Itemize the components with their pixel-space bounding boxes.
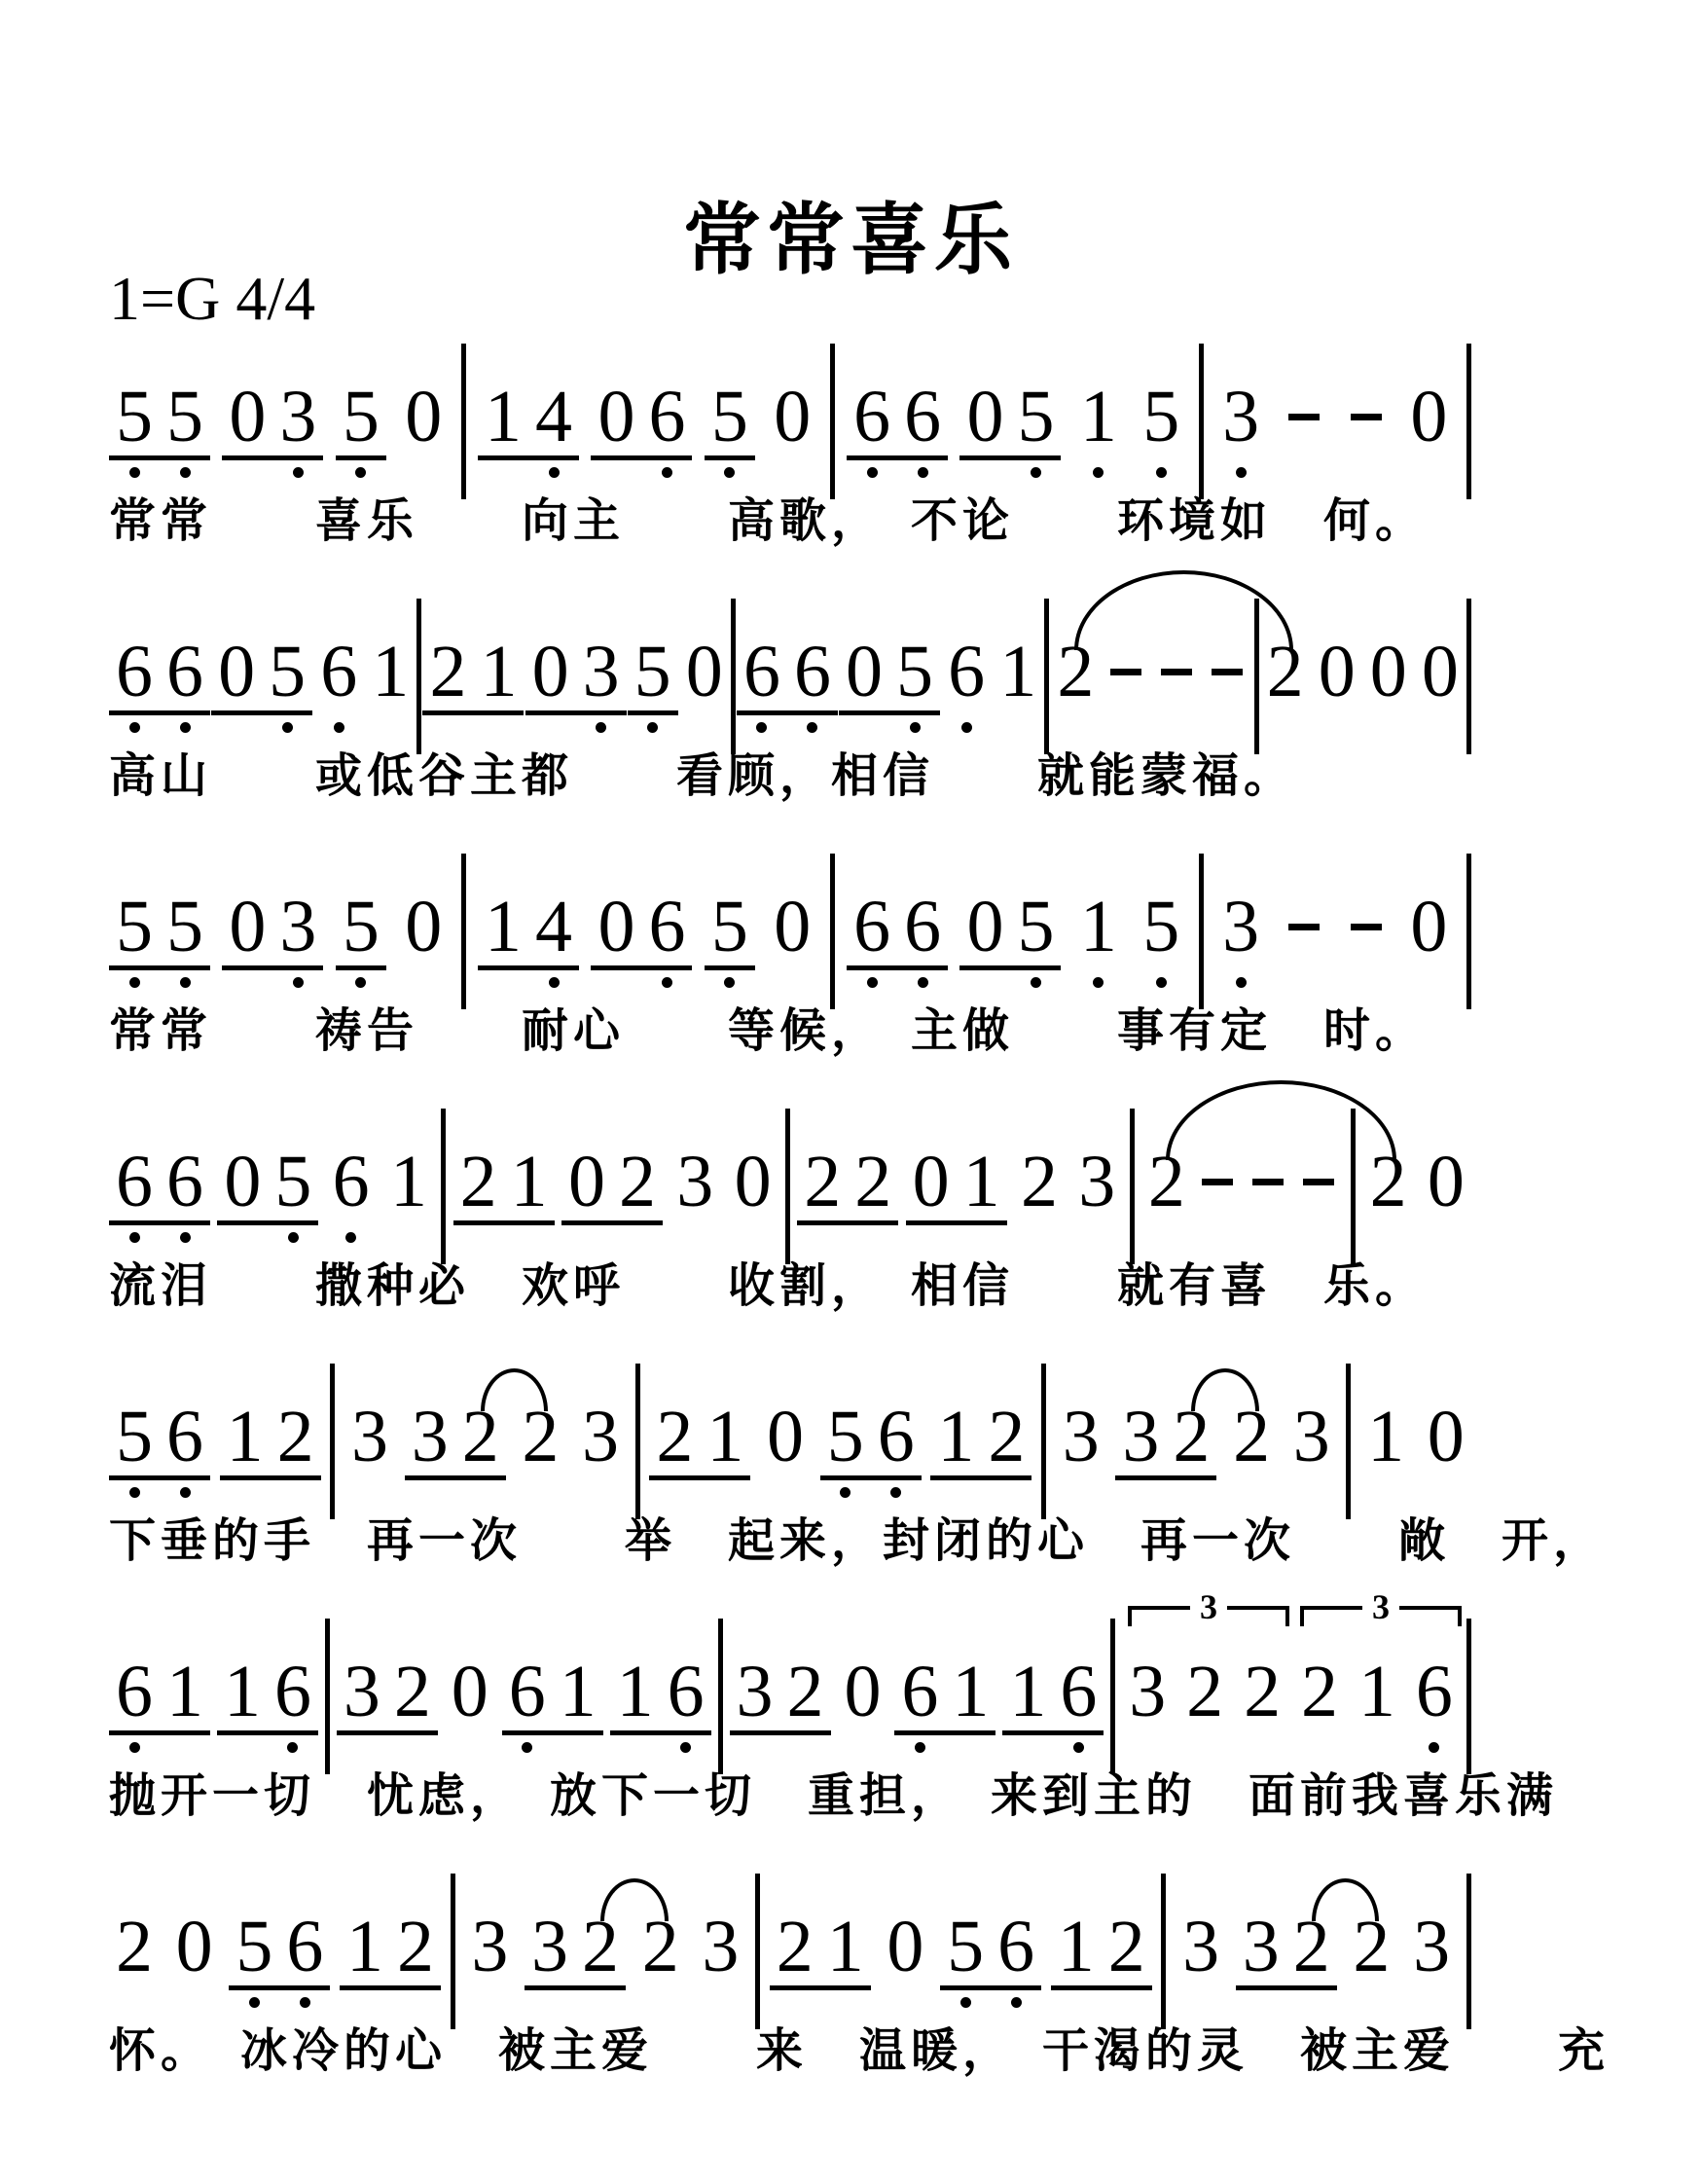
octave-dot-cell [957,1225,1007,1245]
octave-dots-row [730,1735,831,1755]
note-group: 6 [313,633,364,735]
note-group: 0 [1363,633,1414,735]
note-number: 0 [217,1143,268,1220]
note-group: 3 [1176,1908,1226,2010]
note-group: 32 [405,1398,506,1500]
music-system: 55035014065066051530常常 祷告 耐心 等候， 主做 事有定 … [109,888,1471,1064]
notation-line: 660561210230220123220 [109,1143,1471,1245]
note-number: 0 [959,888,1010,965]
octave-dots-row [340,1990,441,2010]
note-group: 3 [1215,888,1266,990]
octave-dots-row [797,1225,898,1245]
note-digits: 3 [1056,1398,1106,1480]
octave-dot-cell [576,715,627,735]
tie-slur-arc [1074,570,1293,650]
barline [461,344,466,499]
octave-dot-cell [272,970,323,990]
octave-dot-cell [1286,1480,1337,1500]
note-group: 21 [453,1143,555,1245]
note-number: 5 [705,888,755,965]
octave-dots-row [109,970,210,990]
beam-underline-group: 61 [109,1653,210,1735]
note-number: 2 [780,1653,831,1730]
note-number: 1 [1073,378,1124,455]
beam-underline-group: 03 [222,888,323,970]
note-group: 0 [837,1653,887,1755]
octave-dot-cell [1312,715,1362,735]
note-group: 16 [217,1653,318,1755]
note-digits: 2 [1294,1653,1345,1735]
octave-dots-row [1073,460,1124,480]
note-number: 3 [1215,888,1266,965]
note-number: 0 [679,633,730,710]
note-digits: 3 [344,1398,395,1480]
octave-dot-cell [1360,1480,1411,1500]
octave-dot-cell [272,460,323,480]
beam-underline-group: 16 [217,1653,318,1735]
note-group: 3 [575,1398,626,1500]
octave-dot-cell [1179,1735,1230,1755]
note-number: 0 [837,1653,887,1730]
octave-dot-cell [455,1480,506,1500]
octave-dot-cell [695,1990,745,2010]
barline [461,854,466,1009]
note-number: 5 [1010,378,1061,455]
octave-dots-row [679,715,730,735]
note-number: 2 [848,1143,898,1220]
note-digits: 0 [1403,378,1454,460]
note-number: 3 [575,1398,626,1475]
note-number: 0 [561,1143,612,1220]
octave-dot-cell [279,1990,330,2010]
note-number: 3 [344,1398,395,1475]
octave-dots-row [1403,970,1454,990]
beam-underline-group: 21 [453,1143,555,1225]
beam-underline-group: 66 [737,633,838,715]
low-octave-dot [287,1742,298,1753]
octave-dots-row [1286,1480,1337,1500]
note-number: 0 [1421,1398,1471,1475]
dash-mark [1110,669,1141,675]
note-number: 6 [160,1398,210,1475]
octave-dots-row [880,1990,930,2010]
octave-dots-row [767,970,817,990]
beam-underline-group: 66 [109,1143,210,1225]
beam-underline-group: 06 [591,888,692,970]
octave-dot-cell [635,1990,686,2010]
note-number: 0 [1312,633,1362,710]
octave-dots-row [453,1225,555,1245]
octave-dots-row [365,715,416,735]
octave-dots-row [610,1735,711,1755]
note-number: 6 [661,1653,711,1730]
octave-dot-cell [473,715,524,735]
octave-dot-cell [1101,715,1151,735]
octave-dots-row [336,460,386,480]
note-number: 0 [767,888,817,965]
barline [451,1874,455,2029]
octave-dot-cell [160,970,210,990]
note-group: 66 [109,1143,210,1245]
octave-dot-cell [169,1990,220,2010]
barline [1466,854,1471,1009]
note-group: 66 [109,633,210,735]
beam-underline-group: 16 [1002,1653,1104,1735]
note-group: 56 [109,1398,210,1500]
note-number: 3 [1176,1908,1226,1985]
note-group: 02 [561,1143,663,1245]
octave-dot-cell [222,460,272,480]
note-number: 1 [553,1653,603,1730]
octave-dot-cell [387,1735,438,1755]
note-number: 2 [797,1143,848,1220]
low-octave-dot [345,1232,356,1243]
note-group: 55 [109,378,210,480]
triplet-number: 3 [1362,1589,1399,1624]
octave-dot-cell [930,1480,981,1500]
octave-dots-row [1122,1735,1173,1755]
note-group: 05 [959,888,1061,990]
beam-underline-group: 22 [797,1143,898,1225]
octave-dots-row [1215,460,1266,480]
beam-underline-group: 56 [229,1908,330,1990]
low-octave-dot [647,722,658,733]
note-group: 16 [610,1653,711,1755]
note-group: 32 [1236,1908,1337,2010]
octave-dot-cell [839,715,889,735]
note-number: 2 [453,1143,504,1220]
octave-dot-cell [217,1225,268,1245]
note-group: 2 [515,1398,565,1500]
note-number: 1 [504,1143,555,1220]
note-group: 01 [906,1143,1007,1245]
notation-line: 55035014065066051530 [109,888,1471,990]
lyrics-line: 常常 喜乐 向主 高歌， 不论 环境如 何。 [109,490,1471,554]
octave-dot-cell [160,460,210,480]
barline [635,1364,640,1519]
beam-underline-group: 21 [422,633,524,715]
octave-dots-row [217,1225,318,1245]
octave-dots-row [502,1735,603,1755]
barline [1466,599,1471,754]
note-number: 3 [405,1398,455,1475]
note-group: 1 [1360,1398,1411,1500]
octave-dots-row [1071,1225,1122,1245]
octave-dot-cell [336,970,386,990]
note-digits: 0 [1415,633,1466,715]
barline [1161,1874,1166,2029]
octave-dot-cell [1215,460,1266,480]
octave-dots-row [211,715,312,735]
note-group: 5 [1136,378,1186,480]
low-octave-dot [1156,467,1167,478]
dash-mark [1288,414,1320,420]
note-number: 4 [528,378,579,455]
octave-dot-cell [575,1480,626,1500]
note-digits: 2 [109,1908,160,1990]
note-number: 1 [220,1398,271,1475]
octave-dot-cell [649,1480,700,1500]
note-group: 61 [894,1653,995,1755]
octave-dots-row [737,715,838,735]
music-system: 56123322321056123322310下垂的手 再一次 举 起来，封闭的… [109,1398,1471,1574]
note-number: 3 [1115,1398,1166,1475]
low-octave-dot [680,1742,691,1753]
octave-dot-cell [1346,1990,1396,2010]
barline [1199,854,1204,1009]
beam-underline-group: 05 [211,633,312,715]
octave-dot-cell [1352,1735,1402,1755]
octave-dot-cell [880,1990,930,2010]
note-number: 1 [700,1398,750,1475]
octave-dots-row [1056,1480,1106,1500]
note-digits: 5 [1136,888,1186,970]
note-number: 5 [109,888,160,965]
note-number: 6 [894,1653,945,1730]
octave-dots-row [705,460,755,480]
low-octave-dot [890,1487,901,1498]
note-number: 2 [981,1398,1031,1475]
note-group: 32 [1115,1398,1216,1500]
octave-dot-cell [894,1735,945,1755]
note-number: 5 [268,1143,318,1220]
octave-dot-cell [871,1480,922,1500]
octave-dot-cell [1236,1990,1286,2010]
notation-line: 61163206116320611632221633 [109,1653,1471,1755]
note-group: 1 [1073,888,1124,990]
note-group: 66 [847,378,948,480]
note-group: 32 [525,1908,626,2010]
octave-dot-cell [1215,970,1266,990]
note-digits: 0 [169,1908,220,1990]
beam-underline-group: 06 [591,378,692,460]
octave-dot-cell [109,1735,160,1755]
note-number: 1 [217,1653,268,1730]
note-number: 3 [272,888,323,965]
note-group: 32 [730,1653,831,1755]
low-octave-dot [288,1232,299,1243]
barline [830,854,835,1009]
octave-dot-cell [383,1225,434,1245]
octave-dots-row [728,1225,778,1245]
barline [1130,1109,1135,1264]
low-octave-dot [596,722,606,733]
note-group: 05 [211,633,312,735]
octave-dot-cell [959,460,1010,480]
octave-dot-cell [847,460,897,480]
note-group: 6 [326,1143,377,1245]
note-number: 1 [478,888,528,965]
octave-dots-row [464,1990,515,2010]
octave-dots-row [770,1990,871,2010]
note-group: 5 [336,888,386,990]
note-group: 21 [649,1398,750,1500]
octave-dots-row [847,460,948,480]
octave-dots-row [422,715,524,735]
low-octave-dot [1093,467,1104,478]
tie-slur-arc [1191,1368,1259,1411]
octave-dot-cell [1403,460,1454,480]
beam-underline-group: 05 [217,1143,318,1225]
octave-dot-cell [561,1225,612,1245]
note-number: 1 [993,633,1043,710]
note-number: 5 [889,633,940,710]
octave-dot-cell [109,715,160,735]
note-group: 3 [695,1908,745,2010]
beam-underline-group: 16 [610,1653,711,1735]
octave-dot-cell [848,1225,898,1245]
note-number: 6 [313,633,364,710]
barline [330,1364,335,1519]
octave-dot-cell [1406,1990,1457,2010]
octave-dot-cell [1260,715,1311,735]
barline [1466,1619,1471,1774]
low-octave-dot [180,1232,191,1243]
octave-dot-cell [906,1225,957,1245]
note-digits: 2 [1237,1653,1287,1735]
note-group: 3 [344,1398,395,1500]
barline [1041,1364,1046,1519]
note-number: 0 [169,1908,220,1985]
note-number: 1 [1073,888,1124,965]
octave-dot-cell [661,1735,711,1755]
octave-dots-row [940,1990,1041,2010]
octave-dots-row [313,715,364,735]
octave-dot-cell [1363,715,1414,735]
note-number: 0 [880,1908,930,1985]
beam-underline-group: 21 [649,1398,750,1480]
dash-mark [1202,1179,1233,1185]
octave-dots-row [561,1225,663,1245]
dash-mark [1351,414,1382,420]
music-system: 20561233223210561233223怀。 冰冷的心 被主爱 来 温暖，… [109,1908,1471,2084]
octave-dots-row [109,1225,210,1245]
note-group: 05 [959,378,1061,480]
octave-dot-cell [504,1225,555,1245]
note-number: 5 [1136,888,1186,965]
note-group: 0 [1421,1398,1471,1500]
octave-dot-cell [398,460,449,480]
octave-dot-cell [553,1735,603,1755]
octave-dot-cell [336,460,386,480]
note-digits: 0 [767,378,817,460]
octave-dot-cell [797,1225,848,1245]
low-octave-dot [1429,1742,1439,1753]
octave-dot-cell [705,460,755,480]
note-number: 2 [1014,1143,1065,1220]
note-number: 6 [109,1653,160,1730]
note-digits: 3 [695,1908,745,1990]
low-octave-dot [1031,977,1041,988]
note-number: 0 [1403,888,1454,965]
beam-underline-group: 56 [820,1398,922,1480]
note-number: 6 [737,633,787,710]
triplet-number: 3 [1190,1589,1227,1624]
note-group: 5 [705,888,755,990]
note-group: 0 [728,1143,778,1245]
octave-dot-cell [780,1735,831,1755]
note-number: 3 [1056,1398,1106,1475]
octave-dot-cell [728,1225,778,1245]
tie-slur-arc [481,1368,548,1411]
note-digits: 3 [1122,1653,1173,1735]
note-number: 1 [383,1143,434,1220]
octave-dot-cell [160,1735,210,1755]
note-group: 0 [398,888,449,990]
octave-dot-cell [993,715,1043,735]
note-digits: 0 [1421,1143,1471,1225]
octave-dots-row [695,1990,745,2010]
low-octave-dot [724,467,735,478]
note-group: 32 [337,1653,438,1755]
beam-underline-group: 03 [525,633,627,715]
octave-dot-cell [1053,1735,1104,1755]
low-octave-dot [180,722,191,733]
note-number: 6 [641,888,692,965]
octave-dot-cell [220,1480,271,1500]
octave-dot-cell [109,1480,160,1500]
note-digits: 3 [464,1908,515,1990]
music-system: 55035014065066051530常常 喜乐 向主 高歌， 不论 环境如 … [109,378,1471,554]
note-digits: 0 [1421,1398,1471,1480]
octave-dot-cell [268,1735,318,1755]
note-group: 0 [1415,633,1466,735]
note-number: 6 [641,378,692,455]
note-number: 6 [871,1398,922,1475]
note-number: 2 [1102,1908,1152,1985]
note-number: 2 [770,1908,820,1985]
octave-dots-row [336,970,386,990]
octave-dot-cell [109,1990,160,2010]
note-group: 03 [222,888,323,990]
music-system: 61163206116320611632221633抛开一切 忧虑， 放下一切 … [109,1653,1471,1829]
octave-dots-row [109,715,210,735]
barline [830,344,835,499]
octave-dot-cell [575,1990,626,2010]
octave-dots-row [109,460,210,480]
octave-dots-row [109,1735,210,1755]
note-digits: 0 [679,633,730,715]
beam-underline-group: 12 [220,1398,321,1480]
note-number: 4 [528,888,579,965]
octave-dots-row [1215,970,1266,990]
barline [731,599,736,754]
low-octave-dot [918,467,928,478]
dash-mark [1161,669,1192,675]
octave-dot-cell [787,715,838,735]
note-number: 0 [222,378,272,455]
octave-dots-row [525,715,627,735]
octave-dots-row [1294,1735,1345,1755]
octave-dot-cell [945,1735,995,1755]
note-group: 3 [1286,1398,1337,1500]
note-group: 6 [1409,1653,1460,1755]
octave-dot-cell [1073,970,1124,990]
low-octave-dot [662,467,672,478]
octave-dots-row [1403,460,1454,480]
note-number: 1 [957,1143,1007,1220]
octave-dot-cell [591,970,641,990]
octave-dots-row [109,1990,160,2010]
barline [1346,1364,1351,1519]
octave-dot-cell [959,970,1010,990]
note-group: 16 [1002,1653,1104,1755]
beam-underline-group: 32 [730,1653,831,1735]
low-octave-dot [249,1997,260,2008]
note-number: 6 [268,1653,318,1730]
octave-dot-cell [453,1225,504,1245]
octave-dots-row [649,1480,750,1500]
